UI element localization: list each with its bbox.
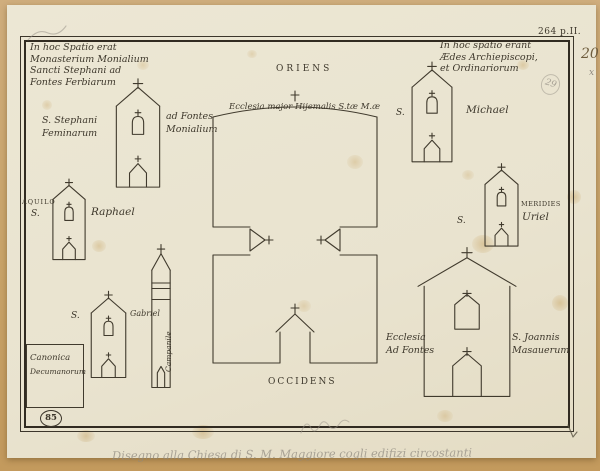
pencil-squiggle-icon xyxy=(298,414,352,438)
pencil-mark-icon xyxy=(564,423,580,441)
label-line: S. Joannis xyxy=(512,331,569,344)
label-joannis: S. Joannis Masauerum xyxy=(512,331,569,357)
pencil-caption: Disegno alla Chiesa di S. M. Maggiore co… xyxy=(112,445,472,462)
note-line: Monasterium Monialium xyxy=(30,54,149,66)
label-line: Decumanorum xyxy=(30,365,86,378)
church-icon-joannis xyxy=(416,244,518,400)
label-line: Ecclesia xyxy=(386,331,434,344)
note-line: In hoc spatio erant xyxy=(440,40,538,52)
label-gabriel-s: S. xyxy=(71,311,80,321)
label-line: Canonica xyxy=(30,352,86,365)
label-raphael-s: S. xyxy=(31,209,40,219)
main-church-plan xyxy=(210,85,380,365)
plate-number: 264 p.II. xyxy=(538,27,581,37)
label-stephani-left: S. Stephani Feminarum xyxy=(42,114,97,140)
church-icon-stephani xyxy=(108,76,168,189)
label-canonica: Canonica Decumanorum xyxy=(30,352,86,378)
compass-south-label: MERIDIES xyxy=(521,200,561,208)
label-raphael: Raphael xyxy=(91,206,135,218)
baptistery-chapel xyxy=(276,304,314,363)
label-stephani-right: ad Fontes Monialium xyxy=(166,110,217,136)
label-michael: Michael xyxy=(466,104,509,116)
label-michael-s: S. xyxy=(396,108,405,118)
compass-west-label: OCCIDENS xyxy=(268,377,337,387)
church-icon-uriel xyxy=(480,157,523,252)
main-church-label: Ecclesia major Hijemalis S.tæ M.æ xyxy=(229,102,380,112)
label-uriel: Uriel xyxy=(522,211,549,223)
label-line: Monialium xyxy=(166,123,217,136)
label-line: Feminarum xyxy=(42,127,97,140)
label-campanile: Campanile xyxy=(164,331,173,372)
note-line: In hoc Spatio erat xyxy=(30,42,149,54)
label-uriel-s: S. xyxy=(457,216,466,226)
label-line: S. Stephani xyxy=(42,114,97,127)
margin-handwritten-number: 20 xyxy=(581,46,599,62)
compass-east-label: ORIENS xyxy=(276,64,332,74)
collector-stamp: 85 xyxy=(40,410,62,427)
campanile-icon xyxy=(150,236,172,396)
label-ecclesia-ad-fontes: Ecclesia Ad Fontes xyxy=(386,331,434,357)
label-line: Ad Fontes xyxy=(386,344,434,357)
cross-icon xyxy=(291,91,299,101)
church-icon-raphael xyxy=(48,163,90,275)
label-line: Masauerum xyxy=(512,344,569,357)
label-line: ad Fontes xyxy=(166,110,217,123)
scanned-plate: 264 p.II. 20 x 29 85 Disegno alla Chiesa… xyxy=(0,0,600,471)
church-icon-gabriel xyxy=(86,272,131,396)
note-line: Sancti Stephani ad xyxy=(30,65,149,77)
church-icon-michael xyxy=(406,54,458,169)
margin-pencil-x: x xyxy=(589,68,594,78)
